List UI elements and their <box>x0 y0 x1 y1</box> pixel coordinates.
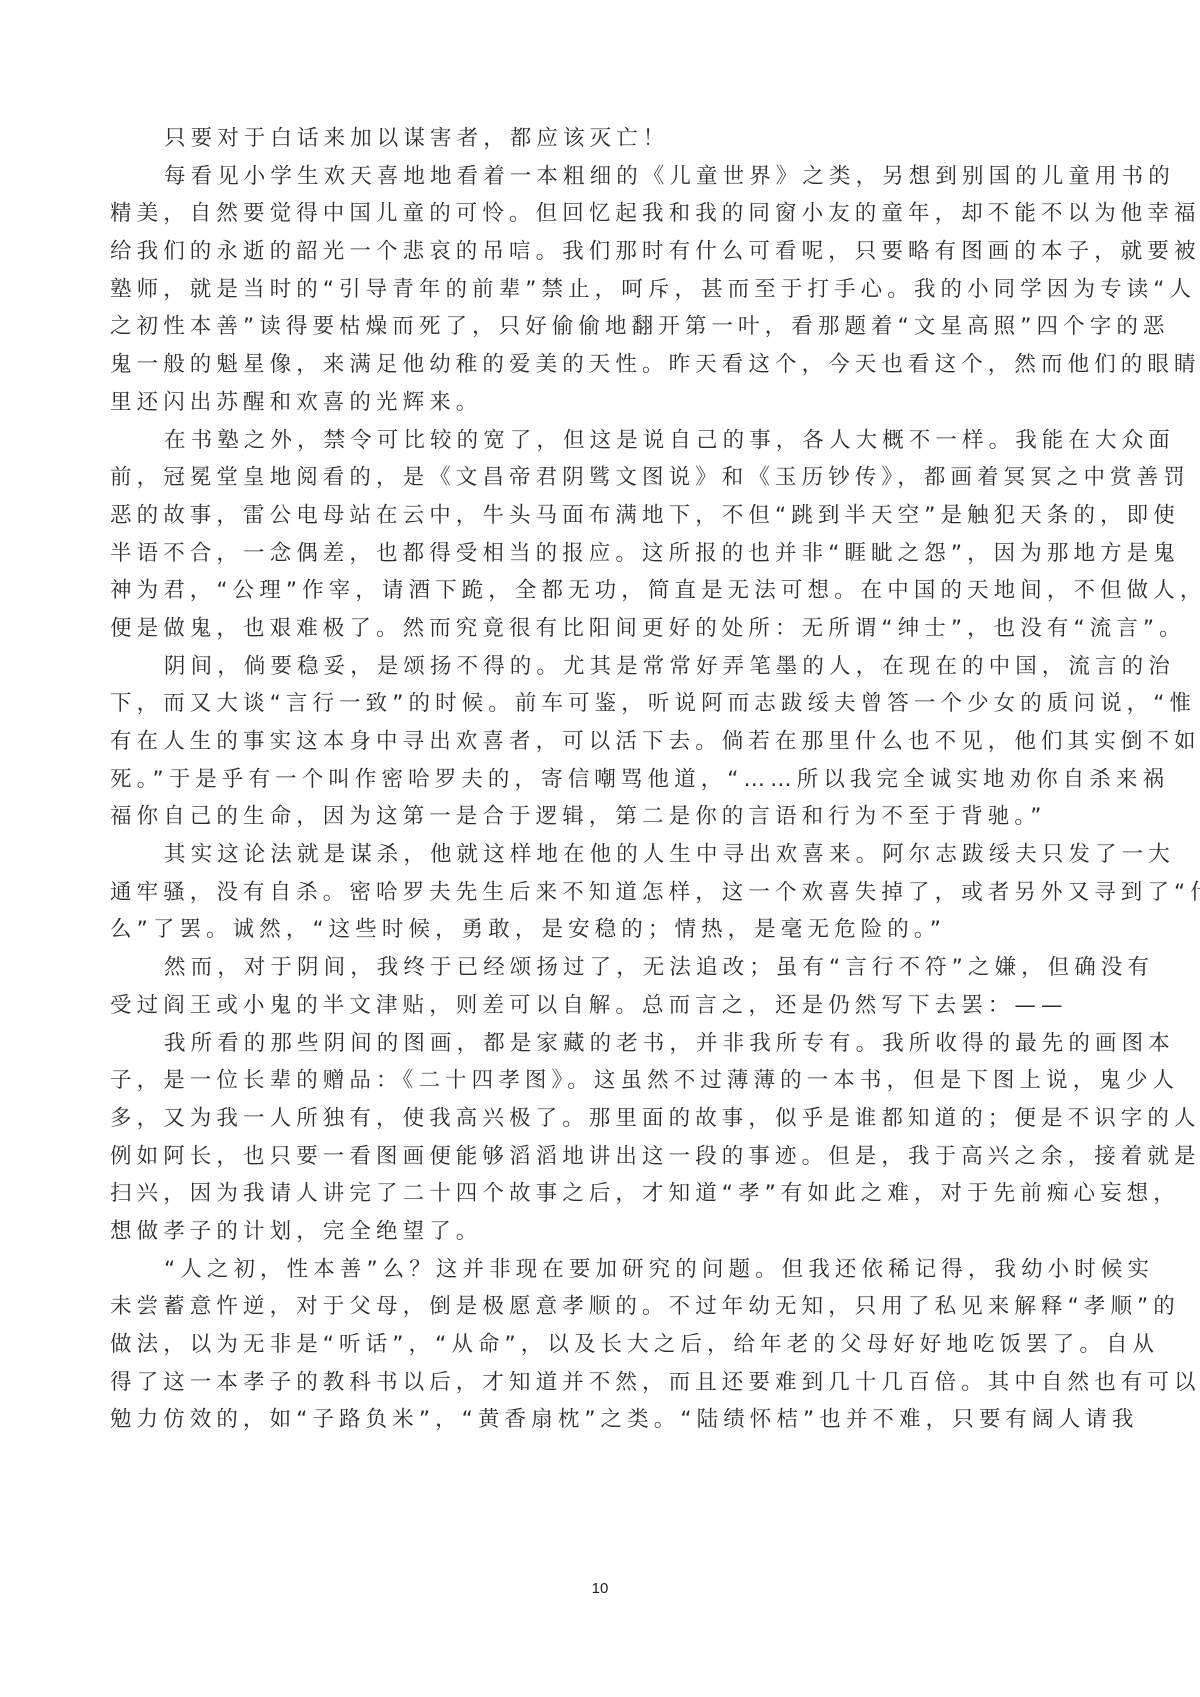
text-line: 每看见小学生欢天喜地地看着一本粗细的《儿童世界》之类，另想到别国的儿童用书的 <box>110 158 1094 196</box>
text-line: 阴间，倘要稳妥，是颂扬不得的。尤其是常常好弄笔墨的人，在现在的中国，流言的治 <box>110 648 1094 686</box>
text-line: 么”了罢。诚然，“这些时候，勇敢，是安稳的；情热，是毫无危险的。” <box>110 911 1094 949</box>
text-line: 然而，对于阴间，我终于已经颂扬过了，无法追改；虽有“言行不符”之嫌，但确没有 <box>110 949 1094 987</box>
text-line: 通牢骚，没有自杀。密哈罗夫先生后来不知道怎样，这一个欢喜失掉了，或者另外又寻到了… <box>110 874 1094 912</box>
text-line: 有在人生的事实这本身中寻出欢喜者，可以活下去。倘若在那里什么也不见，他们其实倒不… <box>110 723 1094 761</box>
text-line: 多，又为我一人所独有，使我高兴极了。那里面的故事，似乎是谁都知道的；便是不识字的… <box>110 1100 1094 1138</box>
text-line: 死。”于是乎有一个叫作密哈罗夫的，寄信嘲骂他道，“……所以我完全诚实地劝你自杀来… <box>110 761 1094 799</box>
text-line: 便是做鬼，也艰难极了。然而究竟很有比阳间更好的处所：无所谓“绅士”，也没有“流言… <box>110 610 1094 648</box>
text-line: 受过阎王或小鬼的半文津贴，则差可以自解。总而言之，还是仍然写下去罢：—— <box>110 987 1094 1025</box>
text-line: 只要对于白话来加以谋害者，都应该灭亡！ <box>110 120 1094 158</box>
text-line: 想做孝子的计划，完全绝望了。 <box>110 1213 1094 1251</box>
text-line: 鬼一般的魁星像，来满足他幼稚的爱美的天性。昨天看这个，今天也看这个，然而他们的眼… <box>110 346 1094 384</box>
text-line: 例如阿长，也只要一看图画便能够滔滔地讲出这一段的事迹。但是，我于高兴之余，接着就… <box>110 1138 1094 1176</box>
text-line: 勉力仿效的，如“子路负米”，“黄香扇枕”之类。“陆绩怀桔”也并不难，只要有阔人请… <box>110 1401 1094 1439</box>
text-line: 未尝蓄意忤逆，对于父母，倒是极愿意孝顺的。不过年幼无知，只用了私见来解释“孝顺”… <box>110 1288 1094 1326</box>
text-line: 其实这论法就是谋杀，他就这样地在他的人生中寻出欢喜来。阿尔志跋绥夫只发了一大 <box>110 836 1094 874</box>
text-line: 前，冠冕堂皇地阅看的，是《文昌帝君阴骘文图说》和《玉历钞传》，都画着冥冥之中赏善… <box>110 459 1094 497</box>
text-line: 精美，自然要觉得中国儿童的可怜。但回忆起我和我的同窗小友的童年，却不能不以为他幸… <box>110 195 1094 233</box>
text-line: 子，是一位长辈的赠品：《二十四孝图》。这虽然不过薄薄的一本书，但是下图上说，鬼少… <box>110 1062 1094 1100</box>
text-line: 福你自己的生命，因为这第一是合于逻辑，第二是你的言语和行为不至于背驰。” <box>110 798 1094 836</box>
text-line: 之初性本善”读得要枯燥而死了，只好偷偷地翻开第一叶，看那题着“文星高照”四个字的… <box>110 308 1094 346</box>
text-line: 下，而又大谈“言行一致”的时候。前车可鉴，听说阿而志跋绥夫曾答一个少女的质问说，… <box>110 685 1094 723</box>
text-line: 恶的故事，雷公电母站在云中，牛头马面布满地下，不但“跳到半天空”是触犯天条的，即… <box>110 497 1094 535</box>
text-line: 得了这一本孝子的教科书以后，才知道并不然，而且还要难到几十几百倍。其中自然也有可… <box>110 1364 1094 1402</box>
text-line: 做法，以为无非是“听话”，“从命”，以及长大之后，给年老的父母好好地吃饭罢了。自… <box>110 1326 1094 1364</box>
document-body: 只要对于白话来加以谋害者，都应该灭亡！每看见小学生欢天喜地地看着一本粗细的《儿童… <box>110 120 1094 1439</box>
text-line: 扫兴，因为我请人讲完了二十四个故事之后，才知道“孝”有如此之难，对于先前痴心妄想… <box>110 1175 1094 1213</box>
text-line: 神为君，“公理”作宰，请酒下跪，全都无功，简直是无法可想。在中国的天地间，不但做… <box>110 572 1094 610</box>
text-line: 半语不合，一念偶差，也都得受相当的报应。这所报的也并非“睚眦之怨”，因为那地方是… <box>110 535 1094 573</box>
page-number: 10 <box>0 1580 1200 1597</box>
text-line: “人之初，性本善”么？这并非现在要加研究的问题。但我还依稀记得，我幼小时候实 <box>110 1251 1094 1289</box>
text-line: 在书塾之外，禁令可比较的宽了，但这是说自己的事，各人大概不一样。我能在大众面 <box>110 422 1094 460</box>
text-line: 里还闪出苏醒和欢喜的光辉来。 <box>110 384 1094 422</box>
text-line: 我所看的那些阴间的图画，都是家藏的老书，并非我所专有。我所收得的最先的画图本 <box>110 1025 1094 1063</box>
text-line: 给我们的永逝的韶光一个悲哀的吊唁。我们那时有什么可看呢，只要略有图画的本子，就要… <box>110 233 1094 271</box>
text-line: 塾师，就是当时的“引导青年的前辈”禁止，呵斥，甚而至于打手心。我的小同学因为专读… <box>110 271 1094 309</box>
